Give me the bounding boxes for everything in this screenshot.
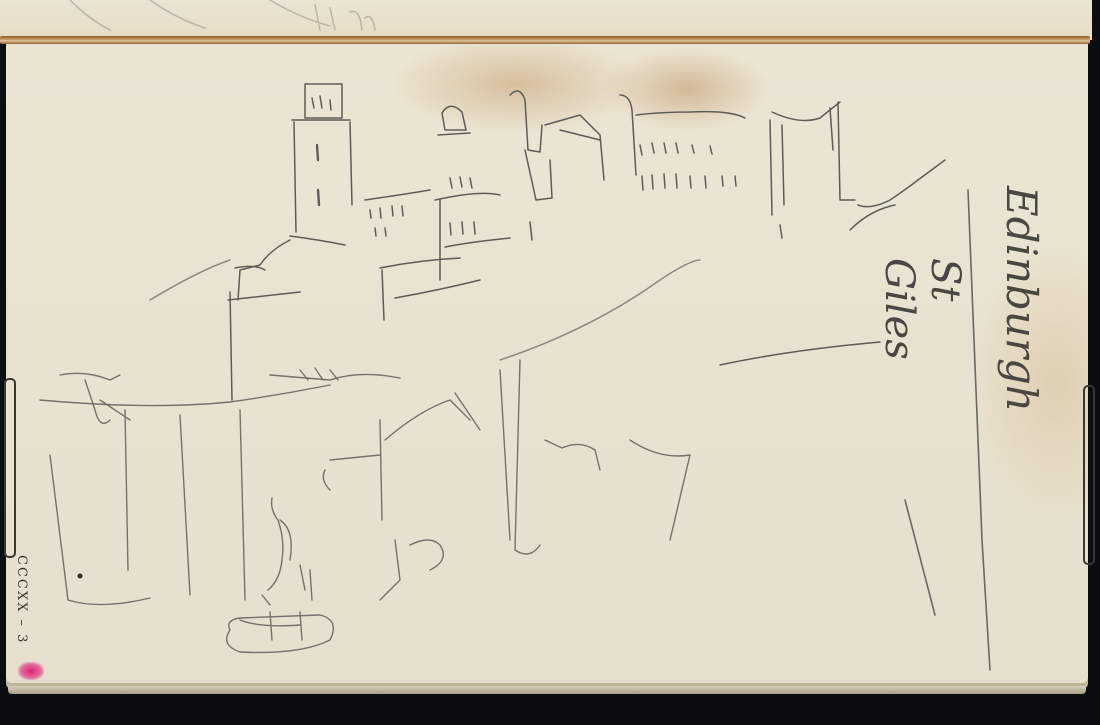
catalog-number: CCCXX – 3 (14, 555, 29, 644)
magenta-ink-mark (18, 662, 44, 680)
inscription-st-giles: St Giles (876, 258, 968, 390)
binding-elastic-loop-right (1083, 385, 1095, 565)
sketchbook-scan: Edinburgh St Giles CCCXX – 3 (0, 0, 1100, 725)
inscription-edinburgh: Edinburgh (997, 186, 1046, 412)
binding-elastic-loop-left (4, 378, 16, 558)
